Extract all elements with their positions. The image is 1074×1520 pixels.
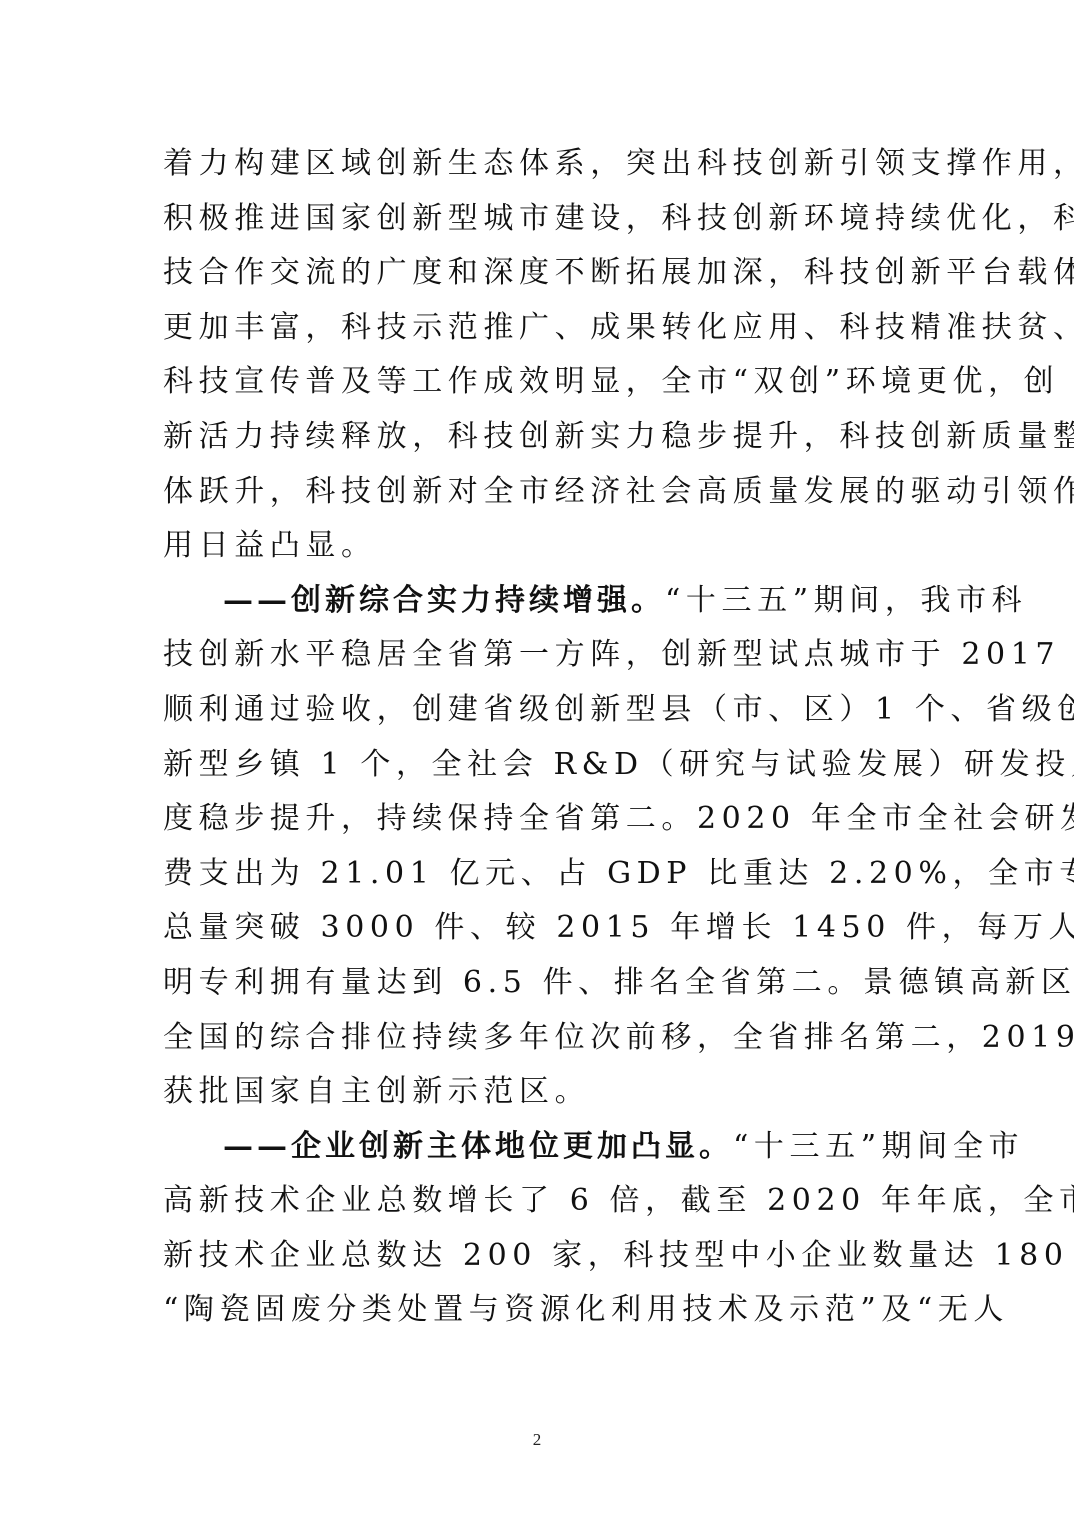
text-line: 新型乡镇 1 个，全社会 R&D（研究与试验发展）研发投入强 xyxy=(163,738,915,793)
text-line: 新技术企业总数达 200 家，科技型中小企业数量达 180 家。 xyxy=(163,1229,915,1284)
text-line: 全国的综合排位持续多年位次前移，全省排名第二，2019 年 xyxy=(163,1011,915,1066)
text-line: 获批国家自主创新示范区。 xyxy=(163,1065,915,1120)
text-line: 科技宣传普及等工作成效明显，全市“双创”环境更优，创 xyxy=(163,355,915,410)
text-line: 高新技术企业总数增长了 6 倍，截至 2020 年年底，全市高 xyxy=(163,1174,915,1229)
text-line: 用日益凸显。 xyxy=(163,519,915,574)
body-text: 着力构建区域创新生态体系，突出科技创新引领支撑作用， 积极推进国家创新型城市建设… xyxy=(163,137,915,1338)
text-line: 积极推进国家创新型城市建设，科技创新环境持续优化，科 xyxy=(163,192,915,247)
text-line: 更加丰富，科技示范推广、成果转化应用、科技精准扶贫、 xyxy=(163,301,915,356)
text-line: 明专利拥有量达到 6.5 件、排名全省第二。景德镇高新区在 xyxy=(163,956,915,1011)
text-line: 体跃升，科技创新对全市经济社会高质量发展的驱动引领作 xyxy=(163,465,915,520)
paragraph-enterprise-innovation: ——企业创新主体地位更加凸显。“十三五”期间全市 高新技术企业总数增长了 6 倍… xyxy=(163,1120,915,1338)
text-run: “十三五”期间全市 xyxy=(733,1129,1024,1164)
section-lead-heading: ——创新综合实力持续增强。 xyxy=(223,583,665,618)
text-line: 费支出为 21.01 亿元、占 GDP 比重达 2.20%，全市专利申请 xyxy=(163,847,915,902)
paragraph-innovation-strength: ——创新综合实力持续增强。“十三五”期间，我市科 技创新水平稳居全省第一方阵，创… xyxy=(163,574,915,1120)
text-line: “陶瓷固废分类处置与资源化利用技术及示范”及“无人 xyxy=(163,1283,915,1338)
text-line: 新活力持续释放，科技创新实力稳步提升，科技创新质量整 xyxy=(163,410,915,465)
text-line: 度稳步提升，持续保持全省第二。2020 年全市全社会研发经 xyxy=(163,792,915,847)
text-line-first: ——创新综合实力持续增强。“十三五”期间，我市科 xyxy=(163,574,915,629)
text-run: “十三五”期间，我市科 xyxy=(665,583,1027,618)
text-line: 总量突破 3000 件、较 2015 年增长 1450 件，每万人有效发 xyxy=(163,901,915,956)
text-line: 着力构建区域创新生态体系，突出科技创新引领支撑作用， xyxy=(163,137,915,192)
text-line: 顺利通过验收，创建省级创新型县（市、区）1 个、省级创 xyxy=(163,683,915,738)
page-number: 2 xyxy=(0,1430,1074,1450)
text-line: 技合作交流的广度和深度不断拓展加深，科技创新平台载体 xyxy=(163,246,915,301)
paragraph-intro: 着力构建区域创新生态体系，突出科技创新引领支撑作用， 积极推进国家创新型城市建设… xyxy=(163,137,915,574)
text-line: 技创新水平稳居全省第一方阵，创新型试点城市于 2017 年 xyxy=(163,628,915,683)
document-page: 着力构建区域创新生态体系，突出科技创新引领支撑作用， 积极推进国家创新型城市建设… xyxy=(0,0,1074,1520)
text-line-first: ——企业创新主体地位更加凸显。“十三五”期间全市 xyxy=(163,1120,915,1175)
section-lead-heading: ——企业创新主体地位更加凸显。 xyxy=(223,1129,733,1164)
